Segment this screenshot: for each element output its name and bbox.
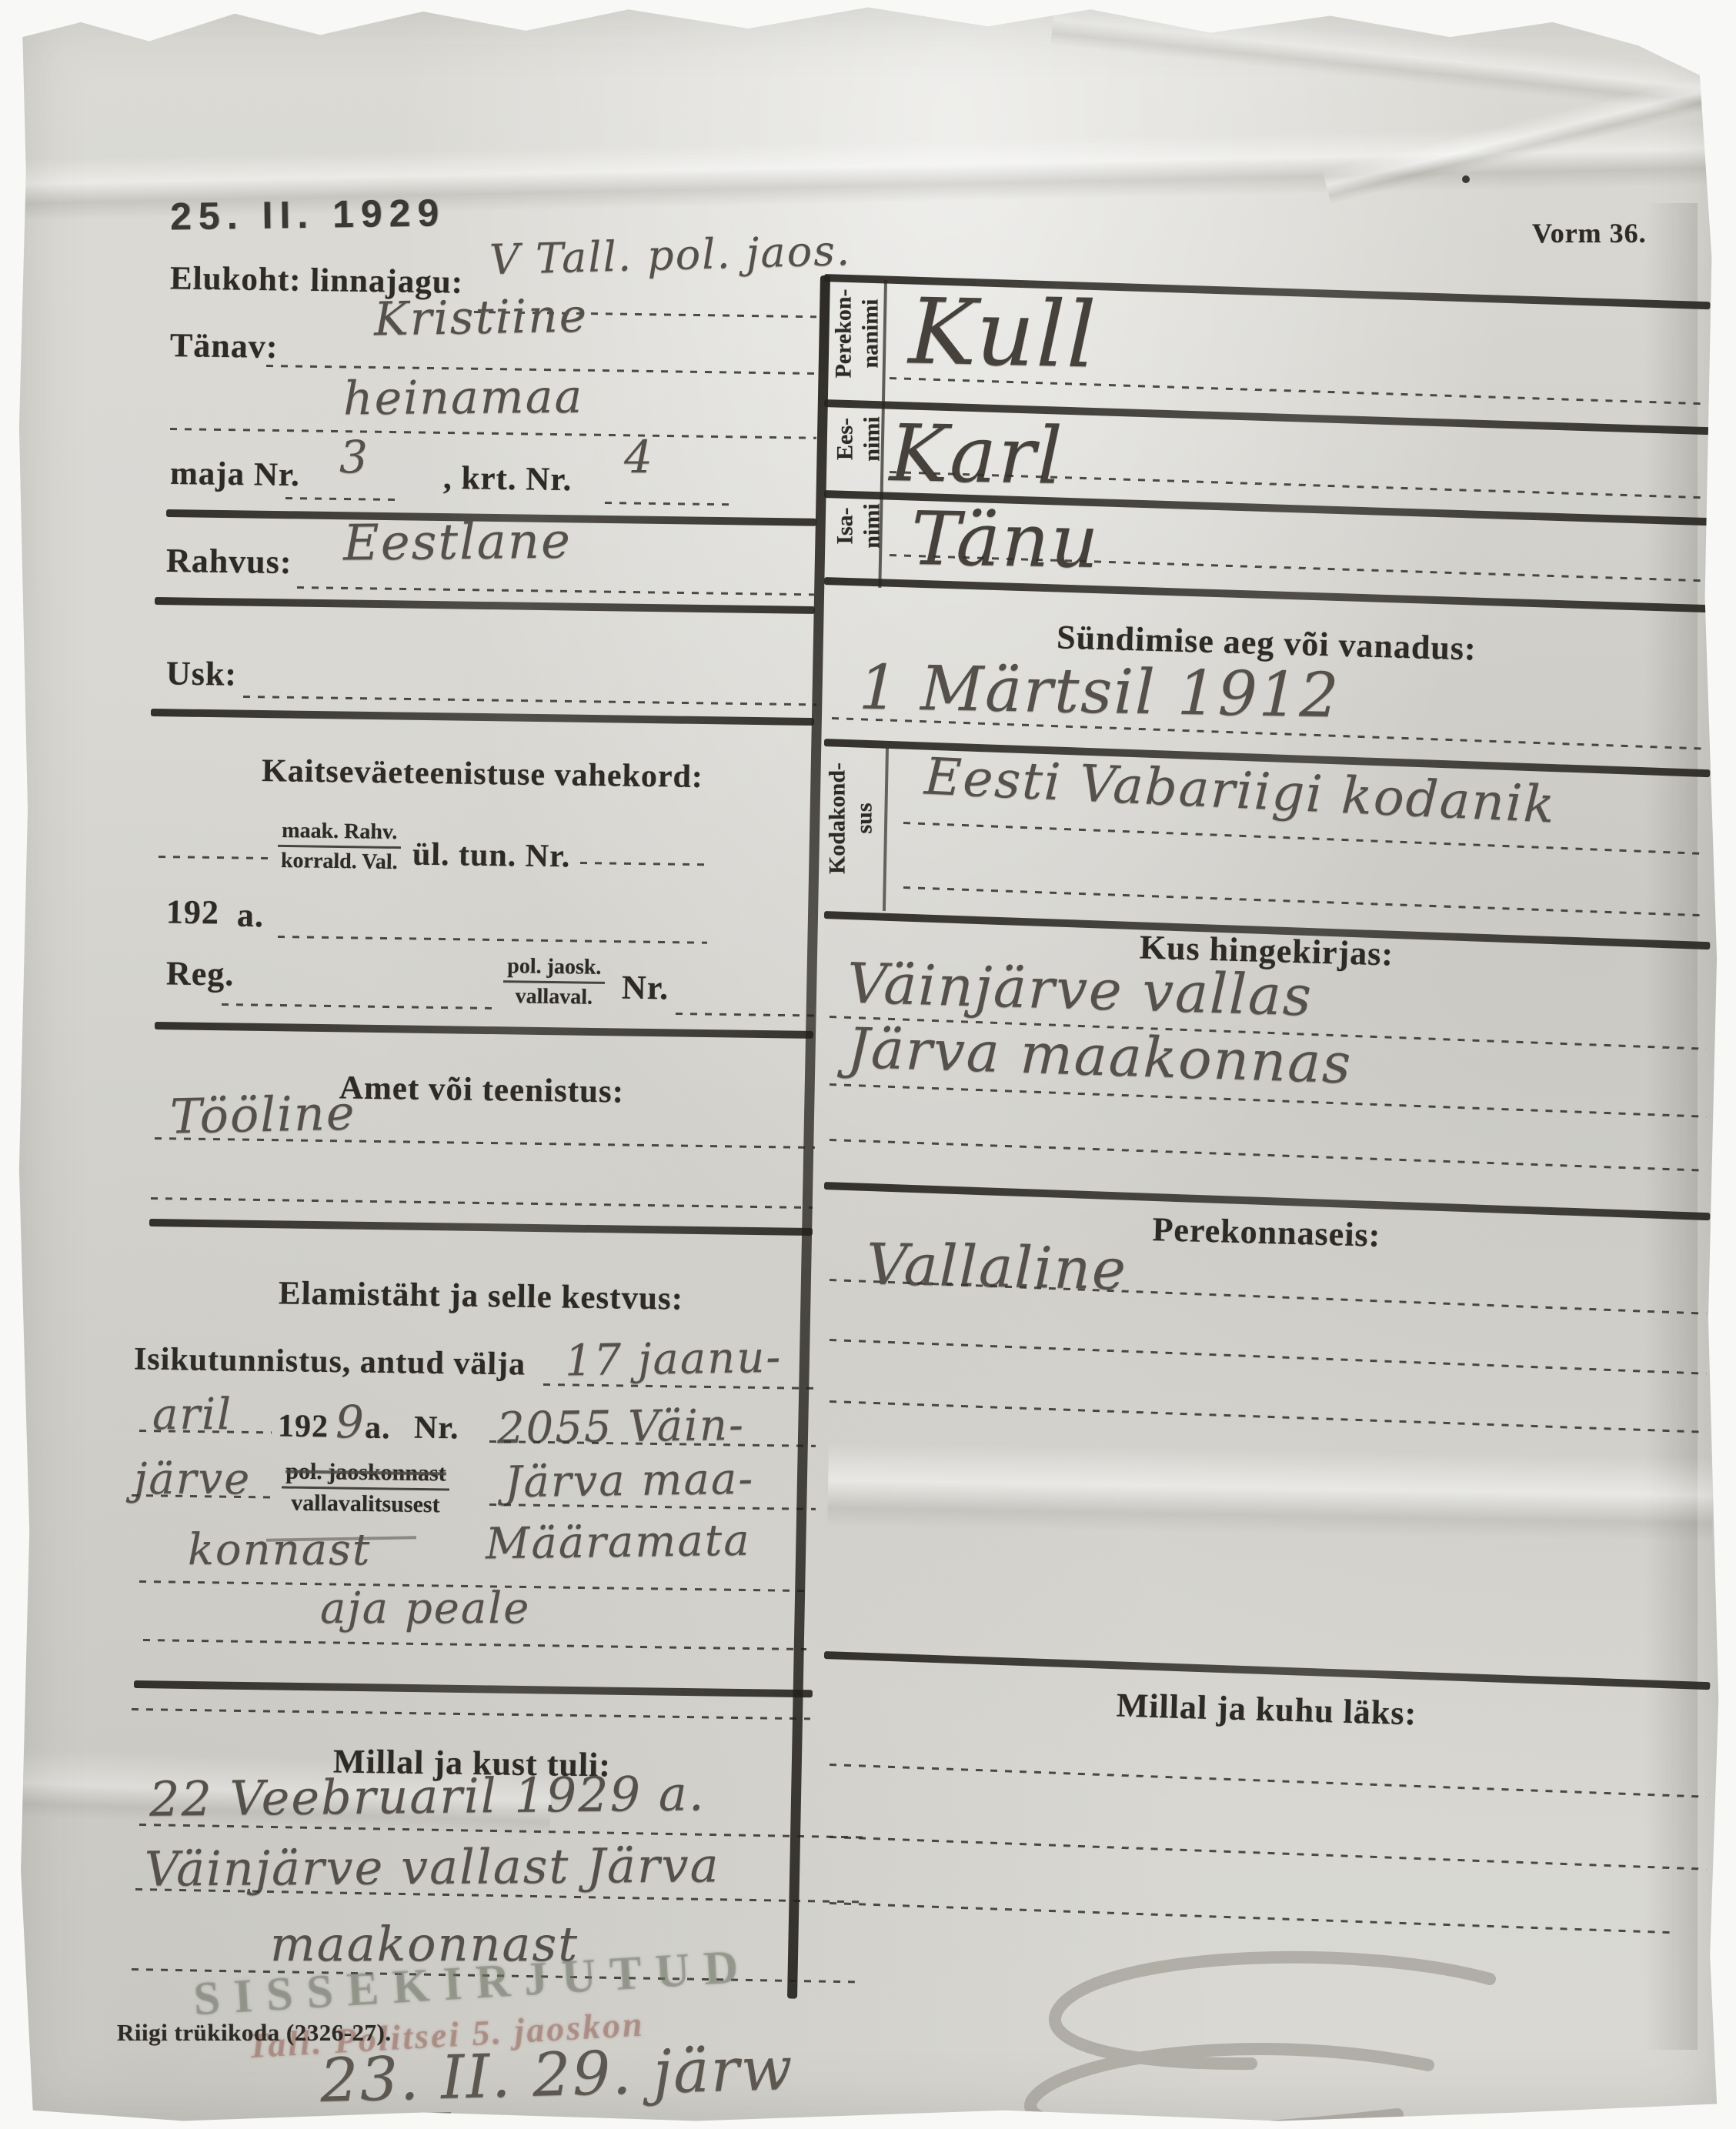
fraction-top-struck: pol. jaoskonnast	[282, 1457, 450, 1490]
dotted-line	[903, 822, 1706, 855]
rotated-label-kodakondsus: Kodakond- sus	[825, 746, 878, 892]
fraction-bottom: korrald. Val.	[278, 846, 402, 875]
date-stamp: 25. II. 1929	[170, 191, 446, 239]
label-line: Kodakond-	[825, 746, 852, 892]
field-label-reg: Reg.	[166, 953, 235, 993]
handwriting-amet: Tööline	[169, 1084, 356, 1144]
ink-speck	[1462, 175, 1470, 183]
paper-crease	[1323, 68, 1736, 205]
fraction-bottom: vallaval.	[503, 983, 606, 1010]
dotted-line	[903, 886, 1706, 916]
handwriting-rahvus: Eestlane	[343, 512, 573, 572]
dotted-line	[605, 502, 732, 506]
paper-crease	[1644, 203, 1698, 2050]
handwriting-tanav: Kristiine	[373, 289, 588, 347]
printer-imprint: Riigi trükikoda (2326-27).	[117, 2019, 392, 2047]
dotted-line	[222, 1003, 492, 1009]
rule-line	[134, 1680, 813, 1697]
dotted-line	[830, 1836, 1706, 1870]
dotted-line	[830, 1902, 1675, 1934]
dotted-line	[285, 497, 397, 501]
handwriting-hingekirjas-1: Väinjärve vallas	[846, 951, 1314, 1029]
fraction-pol-jaosk: pol. jaosk. vallaval.	[503, 953, 606, 1010]
label-separator-line	[883, 748, 889, 911]
fraction-top: pol. jaosk.	[503, 953, 606, 983]
paper-crease	[827, 1442, 1714, 1542]
handwriting-elukoht: V Tall. pol. jaos.	[489, 226, 852, 284]
scanned-paper: 25. II. 1929 Vorm 36. Elukoht: linnajagu…	[12, 3, 1724, 2125]
handwriting-maja-nr: 3	[339, 431, 369, 483]
rule-line	[151, 709, 814, 726]
rule-line	[155, 597, 815, 614]
dotted-line	[155, 1137, 815, 1149]
pencil-scribble-mark	[997, 1950, 1521, 2129]
dotted-line	[132, 1708, 810, 1720]
handwriting-isik-date1: 17 jaanu-	[564, 1333, 782, 1387]
field-label-ul-tun-nr: ül. tun. Nr.	[412, 836, 571, 876]
dotted-line	[278, 936, 707, 944]
handwriting-year-digit: 9	[336, 1396, 366, 1448]
handwriting-krt-nr: 4	[624, 431, 654, 483]
field-label-year: 192	[166, 893, 220, 933]
dotted-line	[830, 1764, 1706, 1798]
handwriting-jarva-maa: Järva maa-	[505, 1454, 755, 1508]
field-label-usk: Usk:	[166, 653, 238, 693]
dotted-line	[143, 1639, 806, 1650]
rotated-label-isanimi: Isa- nimi	[833, 465, 886, 588]
handwriting-eesnimi: Karl	[889, 408, 1064, 502]
fraction-top: maak. Rahv.	[278, 818, 402, 849]
field-label-year-a: a.	[237, 896, 265, 935]
dotted-line	[139, 1824, 870, 1839]
dotted-line	[830, 1139, 1706, 1172]
field-label-krt-nr: , krt. Nr.	[443, 459, 573, 499]
handwriting-tuli-2: Väinjärve vallast Järva	[145, 1837, 720, 1897]
pencil-underline	[406, 2112, 451, 2117]
fraction-maak-rahv: maak. Rahv. korrald. Val.	[278, 818, 402, 875]
handwriting-perekonnanimi: Kull	[908, 278, 1099, 388]
heading-millal-laks: Millal ja kuhu läks:	[904, 1680, 1628, 1739]
handwriting-tuli-1: 22 Veebruaril 1929 a.	[149, 1765, 706, 1827]
fraction-bottom: vallavalitsusest	[281, 1488, 449, 1519]
printed-isikutunnistus: Isikutunnistus, antud välja	[134, 1340, 526, 1383]
dotted-line	[159, 856, 274, 859]
handwriting-konnast: konnast	[188, 1525, 371, 1575]
handwriting-isanimi: Tänu	[910, 496, 1100, 585]
handwriting-bottom-note: 23. II. 29. järw	[319, 2034, 795, 2116]
dotted-line	[830, 1400, 1706, 1433]
printed-a: a.	[365, 1410, 391, 1447]
printed-year-192: 192	[278, 1408, 329, 1446]
dotted-line	[830, 1339, 1706, 1375]
label-line: Isa-	[833, 465, 860, 588]
heading-elamistaht: Elamistäht ja selle kestvus:	[149, 1273, 813, 1320]
label-line: sus	[851, 746, 878, 892]
rule-line	[149, 1219, 813, 1236]
fraction-pol-jaoskonnast: pol. jaoskonnast vallavalitsusest	[281, 1457, 449, 1519]
paper-crease	[1050, 0, 1724, 115]
printed-nr: Nr.	[414, 1410, 459, 1447]
field-label-nr: Nr.	[622, 968, 669, 1008]
handwriting-aja-peale: aja peale	[320, 1583, 530, 1633]
column-divider-line	[787, 275, 830, 1999]
dotted-line	[890, 377, 1707, 405]
dotted-line	[243, 696, 816, 706]
dotted-line	[580, 862, 705, 866]
rule-line	[155, 1022, 813, 1039]
field-label-rahvus: Rahvus:	[166, 541, 292, 582]
field-label-maja-nr: maja Nr.	[170, 455, 301, 494]
rule-line	[824, 577, 1711, 612]
handwriting-sundimise-aeg: 1 Märtsil 1912	[858, 652, 1340, 732]
handwriting-tanav-2: heinamaa	[343, 370, 584, 426]
heading-kaitsevaeteenistus: Kaitseväeteenistuse vahekord:	[151, 751, 815, 797]
dotted-line	[297, 586, 814, 596]
handwriting-hingekirjas-2: Järva maakonnas	[846, 1016, 1354, 1096]
dotted-line	[151, 1197, 813, 1209]
dotted-line	[170, 428, 816, 439]
handwriting-perekonnaseis: Vallaline	[866, 1231, 1128, 1303]
field-label-tanav: Tänav:	[170, 325, 279, 366]
label-line: nimi	[859, 465, 886, 588]
handwriting-maaramata: Määramata	[486, 1516, 752, 1570]
form-number: Vorm 36.	[1532, 217, 1647, 249]
dotted-line	[676, 1013, 814, 1017]
dotted-line	[543, 1383, 814, 1390]
